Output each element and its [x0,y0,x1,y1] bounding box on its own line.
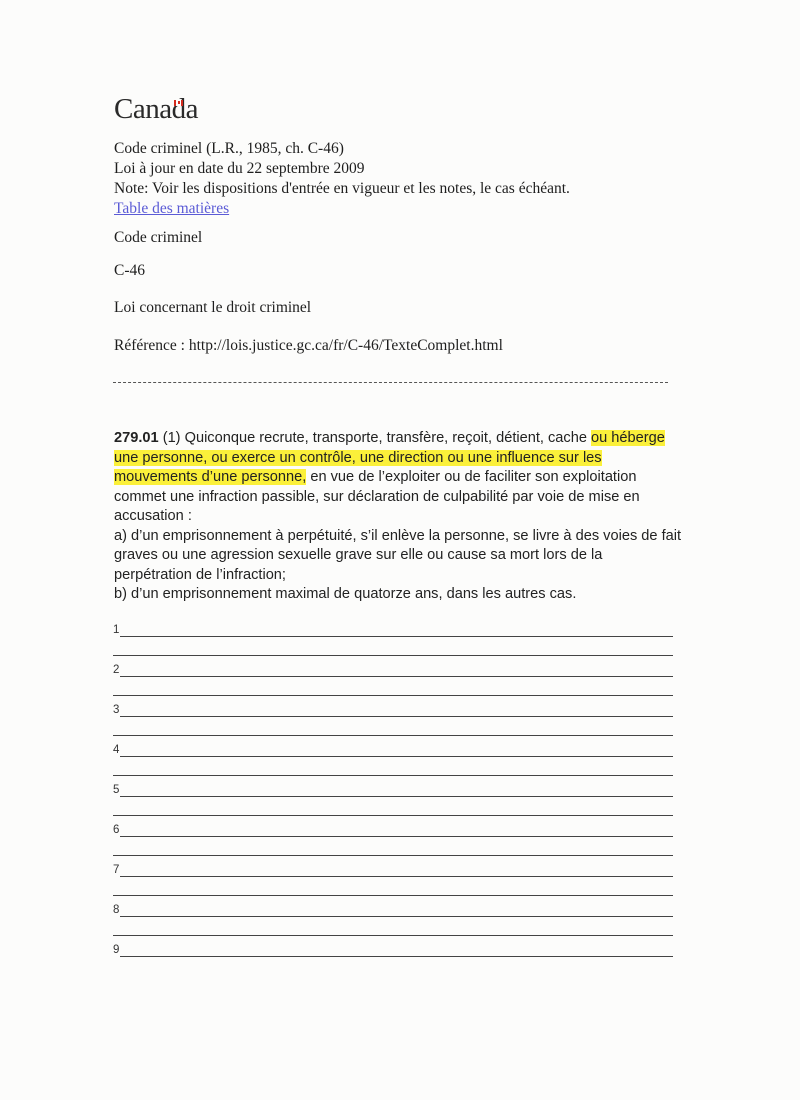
article-subsection: (1) [163,430,181,446]
answer-line-continuation[interactable] [113,895,673,896]
answer-row[interactable]: 4 [113,743,673,783]
article-intro: 279.01 (1) Quiconque recrute, transporte… [114,429,684,527]
long-title: Loi concernant le droit criminel [114,299,311,317]
answer-row[interactable]: 9 [113,943,673,983]
answer-line[interactable] [120,916,673,917]
answer-line-continuation[interactable] [113,855,673,856]
answer-line[interactable] [120,676,673,677]
answer-line[interactable] [120,836,673,837]
answer-row[interactable]: 6 [113,823,673,863]
note-line: Note: Voir les dispositions d'entrée en … [114,179,570,199]
answer-line[interactable] [120,956,673,957]
answer-line-continuation[interactable] [113,775,673,776]
canada-flag-icon [174,100,183,106]
answer-line-continuation[interactable] [113,735,673,736]
answer-line-continuation[interactable] [113,655,673,656]
paragraph-b: b) d’un emprisonnement maximal de quator… [114,585,684,605]
intro-text: Quiconque recrute, transporte, transfère… [181,430,591,446]
answer-number: 9 [113,943,119,957]
table-of-contents-link[interactable]: Table des matières [114,200,229,217]
answer-line[interactable] [120,716,673,717]
answer-number: 6 [113,823,119,837]
answer-lines: 123456789 [113,623,673,983]
reference-url: Référence : http://lois.justice.gc.ca/fr… [114,337,503,355]
answer-row[interactable]: 8 [113,903,673,943]
answer-number: 1 [113,623,119,637]
answer-row[interactable]: 5 [113,783,673,823]
answer-number: 5 [113,783,119,797]
answer-number: 7 [113,863,119,877]
article-279-01: 279.01 (1) Quiconque recrute, transporte… [114,429,684,605]
answer-line[interactable] [120,636,673,637]
answer-line-continuation[interactable] [113,815,673,816]
chapter-number: C-46 [114,262,145,280]
answer-row[interactable]: 2 [113,663,673,703]
answer-number: 3 [113,703,119,717]
document-header: Code criminel (L.R., 1985, ch. C-46) Loi… [114,139,570,219]
answer-line-continuation[interactable] [113,935,673,936]
answer-line[interactable] [120,876,673,877]
answer-line[interactable] [120,756,673,757]
answer-number: 4 [113,743,119,757]
answer-row[interactable]: 3 [113,703,673,743]
answer-line-continuation[interactable] [113,695,673,696]
paragraph-a: a) d’un emprisonnement à perpétuité, s’i… [114,527,684,586]
answer-line[interactable] [120,796,673,797]
dashed-separator [113,382,668,383]
currency-date-line: Loi à jour en date du 22 septembre 2009 [114,159,570,179]
answer-number: 2 [113,663,119,677]
wordmark-text: Canada [114,92,198,126]
answer-row[interactable]: 7 [113,863,673,903]
article-number: 279.01 [114,430,159,446]
act-title-line: Code criminel (L.R., 1985, ch. C-46) [114,139,570,159]
answer-number: 8 [113,903,119,917]
answer-row[interactable]: 1 [113,623,673,663]
short-title: Code criminel [114,229,202,247]
